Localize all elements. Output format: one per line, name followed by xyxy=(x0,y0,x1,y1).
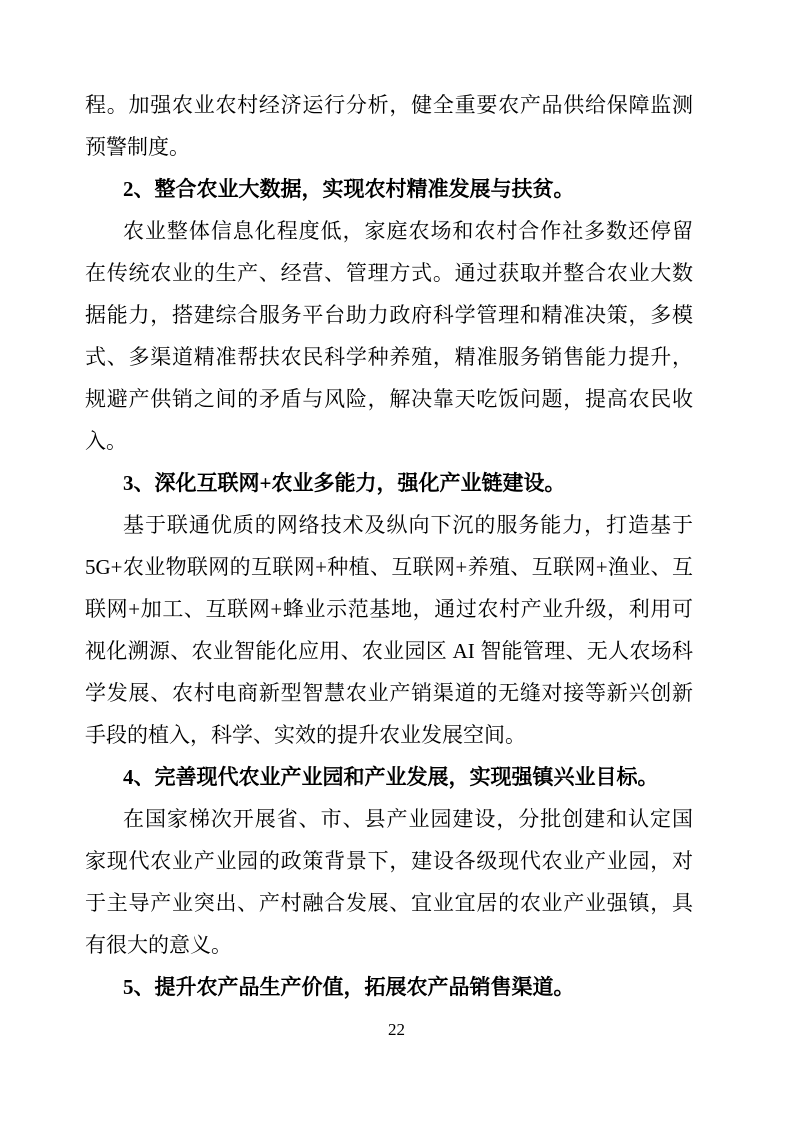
text-line: 联网+加工、互联网+蜂业示范基地，通过农村产业升级，利用可 xyxy=(85,588,693,630)
text-line: 在传统农业的生产、经营、管理方式。通过获取并整合农业大数 xyxy=(85,252,693,294)
text-line: 基于联通优质的网络技术及纵向下沉的服务能力，打造基于 xyxy=(85,504,693,546)
section-heading: 3、深化互联网+农业多能力，强化产业链建设。 xyxy=(85,462,693,504)
text-line: 据能力，搭建综合服务平台助力政府科学管理和精准决策，多模 xyxy=(85,294,693,336)
text-line: 于主导产业突出、产村融合发展、宜业宜居的农业产业强镇，具 xyxy=(85,882,693,924)
text-line: 程。加强农业农村经济运行分析，健全重要农产品供给保障监测 xyxy=(85,84,693,126)
text-line: 规避产供销之间的矛盾与风险，解决靠天吃饭问题，提高农民收 xyxy=(85,378,693,420)
page-body: 程。加强农业农村经济运行分析，健全重要农产品供给保障监测 预警制度。 2、整合农… xyxy=(85,84,693,1008)
section-heading: 2、整合农业大数据，实现农村精准发展与扶贫。 xyxy=(85,168,693,210)
paragraph: 基于联通优质的网络技术及纵向下沉的服务能力，打造基于 5G+农业物联网的互联网+… xyxy=(85,504,693,756)
text-line: 学发展、农村电商新型智慧农业产销渠道的无缝对接等新兴创新 xyxy=(85,672,693,714)
text-line: 式、多渠道精准帮扶农民科学种养殖，精准服务销售能力提升， xyxy=(85,336,693,378)
text-line: 在国家梯次开展省、市、县产业园建设，分批创建和认定国 xyxy=(85,798,693,840)
paragraph: 农业整体信息化程度低，家庭农场和农村合作社多数还停留 在传统农业的生产、经营、管… xyxy=(85,210,693,462)
paragraph: 在国家梯次开展省、市、县产业园建设，分批创建和认定国 家现代农业产业园的政策背景… xyxy=(85,798,693,966)
text-line: 有很大的意义。 xyxy=(85,924,693,966)
text-line: 5G+农业物联网的互联网+种植、互联网+养殖、互联网+渔业、互 xyxy=(85,546,693,588)
section-heading: 5、提升农产品生产价值，拓展农产品销售渠道。 xyxy=(85,966,693,1008)
text-line: 农业整体信息化程度低，家庭农场和农村合作社多数还停留 xyxy=(85,210,693,252)
section-heading: 4、完善现代农业产业园和产业发展，实现强镇兴业目标。 xyxy=(85,756,693,798)
text-line: 入。 xyxy=(85,420,693,462)
text-line: 预警制度。 xyxy=(85,126,693,168)
text-line: 手段的植入，科学、实效的提升农业发展空间。 xyxy=(85,714,693,756)
paragraph: 程。加强农业农村经济运行分析，健全重要农产品供给保障监测 预警制度。 xyxy=(85,84,693,168)
text-line: 家现代农业产业园的政策背景下，建设各级现代农业产业园，对 xyxy=(85,840,693,882)
page-footer: 22 xyxy=(0,1019,793,1041)
page-number: 22 xyxy=(388,1020,405,1039)
document-page: 程。加强农业农村经济运行分析，健全重要农产品供给保障监测 预警制度。 2、整合农… xyxy=(0,0,793,1122)
text-line: 视化溯源、农业智能化应用、农业园区 AI 智能管理、无人农场科 xyxy=(85,630,693,672)
